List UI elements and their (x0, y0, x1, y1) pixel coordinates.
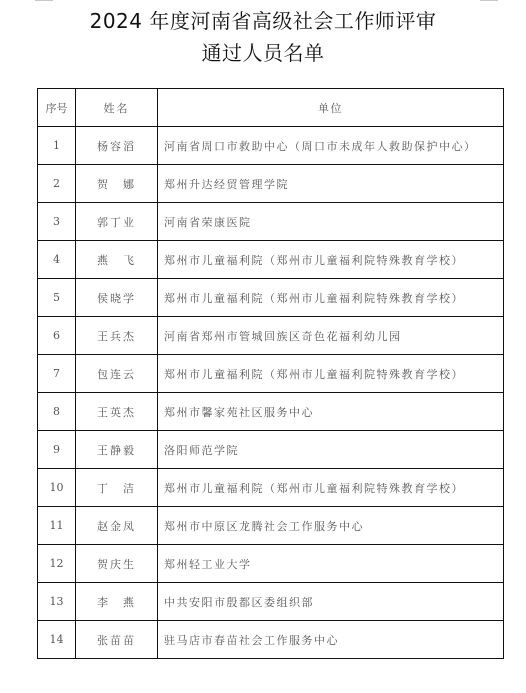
row-no: 12 (38, 545, 76, 583)
row-name: 包连云 (76, 355, 158, 393)
row-name: 赵金凤 (76, 507, 158, 545)
table-row: 9 王静毅 洛阳师范学院 (38, 431, 504, 469)
row-unit: 郑州市馨家苑社区服务中心 (158, 393, 504, 431)
table-header-row: 序号 姓名 单位 (38, 89, 504, 127)
row-name: 贺 娜 (76, 165, 158, 203)
row-name: 张苗苗 (76, 621, 158, 659)
row-unit: 河南省周口市救助中心（周口市未成年人救助保护中心） (158, 127, 504, 165)
row-name: 王英杰 (76, 393, 158, 431)
row-no: 11 (38, 507, 76, 545)
row-unit: 郑州市儿童福利院（郑州市儿童福利院特殊教育学校） (158, 279, 504, 317)
row-unit: 郑州市中原区龙腾社会工作服务中心 (158, 507, 504, 545)
table-row: 3 郭丁业 河南省荣康医院 (38, 203, 504, 241)
table-row: 13 李 燕 中共安阳市殷都区委组织部 (38, 583, 504, 621)
table-row: 14 张苗苗 驻马店市春苗社会工作服务中心 (38, 621, 504, 659)
row-name: 郭丁业 (76, 203, 158, 241)
row-name: 燕 飞 (76, 241, 158, 279)
row-no: 13 (38, 583, 76, 621)
row-unit: 河南省郑州市管城回族区奇色花福利幼儿园 (158, 317, 504, 355)
row-unit: 郑州升达经贸管理学院 (158, 165, 504, 203)
row-unit: 中共安阳市殷都区委组织部 (158, 583, 504, 621)
row-unit: 驻马店市春苗社会工作服务中心 (158, 621, 504, 659)
row-no: 3 (38, 203, 76, 241)
row-name: 杨容滔 (76, 127, 158, 165)
row-unit: 郑州市儿童福利院（郑州市儿童福利院特殊教育学校） (158, 469, 504, 507)
row-no: 9 (38, 431, 76, 469)
row-name: 丁 洁 (76, 469, 158, 507)
table-row: 5 侯晓学 郑州市儿童福利院（郑州市儿童福利院特殊教育学校） (38, 279, 504, 317)
row-no: 2 (38, 165, 76, 203)
row-name: 王兵杰 (76, 317, 158, 355)
table-row: 12 贺庆生 郑州轻工业大学 (38, 545, 504, 583)
table-row: 7 包连云 郑州市儿童福利院（郑州市儿童福利院特殊教育学校） (38, 355, 504, 393)
table-row: 2 贺 娜 郑州升达经贸管理学院 (38, 165, 504, 203)
table-row: 11 赵金凤 郑州市中原区龙腾社会工作服务中心 (38, 507, 504, 545)
document-title: 2024 年度河南省高级社会工作师评审 (0, 5, 526, 34)
row-name: 李 燕 (76, 583, 158, 621)
header-no: 序号 (38, 89, 76, 127)
row-unit: 河南省荣康医院 (158, 203, 504, 241)
row-no: 7 (38, 355, 76, 393)
row-no: 4 (38, 241, 76, 279)
header-unit: 单位 (158, 89, 504, 127)
table-row: 4 燕 飞 郑州市儿童福利院（郑州市儿童福利院特殊教育学校） (38, 241, 504, 279)
row-no: 1 (38, 127, 76, 165)
header-name: 姓名 (76, 89, 158, 127)
row-no: 14 (38, 621, 76, 659)
table-row: 8 王英杰 郑州市馨家苑社区服务中心 (38, 393, 504, 431)
row-no: 10 (38, 469, 76, 507)
row-unit: 郑州轻工业大学 (158, 545, 504, 583)
row-unit: 郑州市儿童福利院（郑州市儿童福利院特殊教育学校） (158, 241, 504, 279)
row-unit: 洛阳师范学院 (158, 431, 504, 469)
page-corner-mark-left (35, 0, 53, 1)
row-no: 5 (38, 279, 76, 317)
row-name: 侯晓学 (76, 279, 158, 317)
table-row: 10 丁 洁 郑州市儿童福利院（郑州市儿童福利院特殊教育学校） (38, 469, 504, 507)
row-unit: 郑州市儿童福利院（郑州市儿童福利院特殊教育学校） (158, 355, 504, 393)
approved-personnel-table: 序号 姓名 单位 1 杨容滔 河南省周口市救助中心（周口市未成年人救助保护中心）… (37, 88, 504, 659)
table-row: 6 王兵杰 河南省郑州市管城回族区奇色花福利幼儿园 (38, 317, 504, 355)
row-no: 8 (38, 393, 76, 431)
document-subtitle: 通过人员名单 (0, 37, 526, 66)
row-name: 王静毅 (76, 431, 158, 469)
row-name: 贺庆生 (76, 545, 158, 583)
row-no: 6 (38, 317, 76, 355)
table-row: 1 杨容滔 河南省周口市救助中心（周口市未成年人救助保护中心） (38, 127, 504, 165)
page-corner-mark-right (480, 0, 498, 1)
